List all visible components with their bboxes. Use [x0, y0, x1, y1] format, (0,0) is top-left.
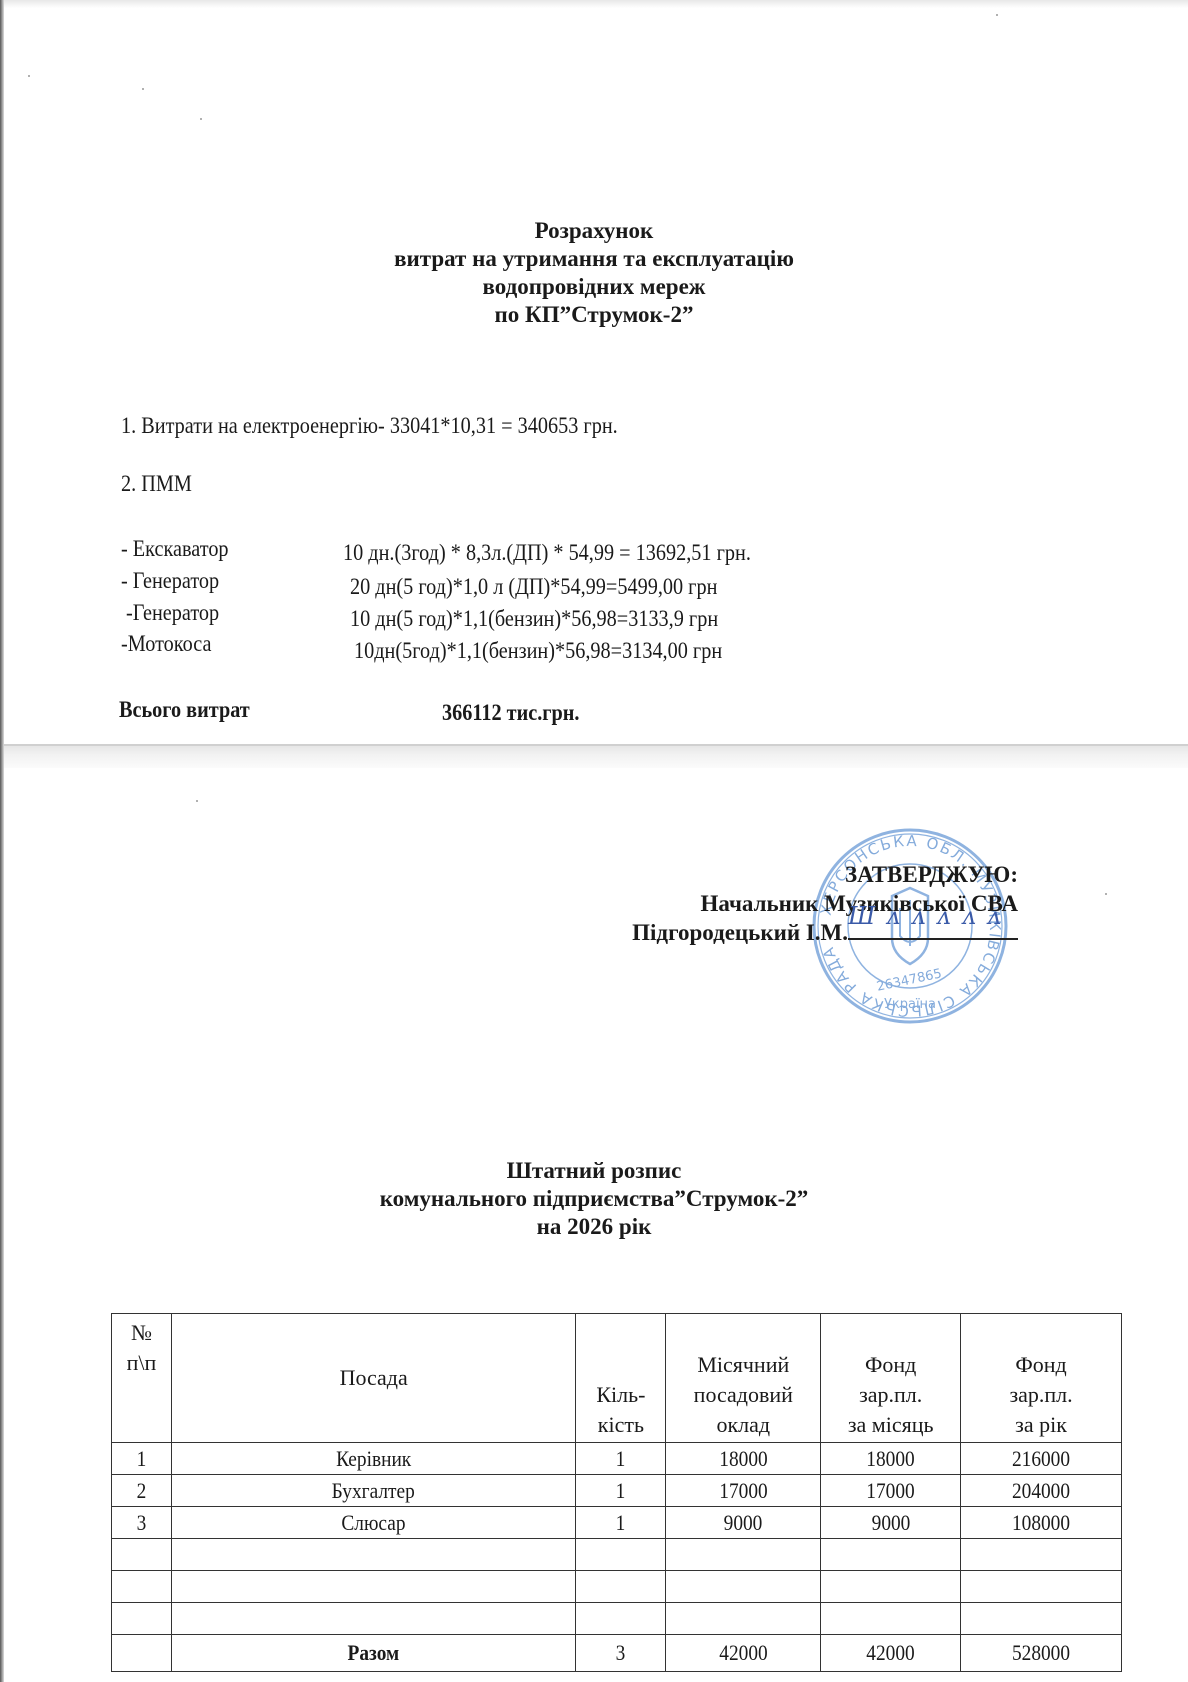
fuel-item-formula: 10 дн(5 год)*1,1(бензин)*56,98=3133,9 гр… — [350, 606, 718, 632]
calculation-title: Розрахунок витрат на утримання та експлу… — [0, 217, 1188, 329]
scan-speck — [142, 88, 144, 90]
cell-text: 1 — [616, 1476, 626, 1506]
cell-text: 528000 — [1012, 1638, 1070, 1668]
cell-position: Керівник — [171, 1443, 575, 1475]
fuel-item-formula: 10 дн.(3год) * 8,3л.(ДП) * 54,99 = 13692… — [343, 540, 751, 566]
scan-top-shade — [4, 0, 1188, 8]
cell-number — [112, 1539, 172, 1571]
scan-speck — [1105, 893, 1107, 895]
cell-text: 1 — [616, 1508, 626, 1538]
staffing-title-line: Штатний розпис — [0, 1157, 1188, 1185]
cell-position — [171, 1603, 575, 1635]
cell-number — [112, 1603, 172, 1635]
fuel-item-name: - Генератор — [121, 568, 219, 594]
header-line: кість — [576, 1410, 665, 1440]
table-row: 1 Керівник 1 18000 18000 216000 — [112, 1443, 1122, 1475]
cell-text: 204000 — [1012, 1476, 1070, 1506]
signature: Ш ᴧ ᴧ ᴧ ᴧ ᴧ — [848, 902, 1003, 931]
approval-heading: ЗАТВЕРДЖУЮ: — [632, 860, 1018, 889]
header-line: оклад — [666, 1410, 820, 1440]
cell-count — [576, 1539, 666, 1571]
calculation-title-line: Розрахунок — [0, 217, 1188, 245]
total-label: Разом — [171, 1635, 575, 1672]
total-costs-value: 366112 тис.грн. — [442, 700, 579, 726]
cell-number — [112, 1571, 172, 1603]
fuel-item-formula: 10дн(5год)*1,1(бензин)*56,98=3134,00 грн — [354, 638, 722, 664]
cell-text: Разом — [348, 1638, 400, 1668]
cell-text: Керівник — [336, 1444, 411, 1474]
total-annual-fund: 528000 — [961, 1635, 1122, 1672]
cell-annual-fund — [961, 1603, 1122, 1635]
approval-name: Підгородецький І.М. — [632, 920, 848, 945]
cell-text: 2 — [137, 1476, 147, 1506]
stamp-country: Україна — [884, 997, 936, 1012]
column-header-monthly-salary: Місячний посадовий оклад — [666, 1314, 821, 1443]
table-total-row: Разом 3 42000 42000 528000 — [112, 1635, 1122, 1672]
cell-text: 18000 — [719, 1444, 767, 1474]
cell-position — [171, 1571, 575, 1603]
staffing-title-line: комунального підприємства”Струмок-2” — [0, 1185, 1188, 1213]
cell-annual-fund — [961, 1571, 1122, 1603]
cell-annual-fund: 204000 — [961, 1475, 1122, 1507]
cell-monthly-fund: 9000 — [821, 1507, 961, 1539]
cell-monthly-fund — [821, 1603, 961, 1635]
stamp-code: 26347865 — [875, 966, 943, 994]
header-line: Фонд — [821, 1350, 960, 1380]
page-fold-shadow — [4, 746, 1188, 768]
table-header-row: № п\п Посада Кіль- кість Місячний посадо… — [112, 1314, 1122, 1443]
column-header-number: № п\п — [112, 1314, 172, 1443]
cell-number: 3 — [112, 1507, 172, 1539]
cell-salary: 9000 — [666, 1507, 821, 1539]
staffing-title: Штатний розпис комунального підприємства… — [0, 1157, 1188, 1241]
scan-speck — [200, 118, 202, 120]
table-row-empty — [112, 1571, 1122, 1603]
header-line: зар.пл. — [961, 1380, 1121, 1410]
header-line: № — [112, 1318, 171, 1348]
column-header-count: Кіль- кість — [576, 1314, 666, 1443]
table-row-empty — [112, 1539, 1122, 1571]
header-line: Кіль- — [576, 1380, 665, 1410]
cell-text: 17000 — [719, 1476, 767, 1506]
cell-number: 1 — [112, 1443, 172, 1475]
cell-annual-fund — [961, 1539, 1122, 1571]
header-line: посадовий — [666, 1380, 820, 1410]
cell-position: Бухгалтер — [171, 1475, 575, 1507]
cell-text: 18000 — [866, 1444, 914, 1474]
scan-speck — [996, 14, 998, 16]
cell-salary: 18000 — [666, 1443, 821, 1475]
header-line: Місячний — [666, 1350, 820, 1380]
cell-text: 42000 — [719, 1638, 767, 1668]
total-costs-label: Всього витрат — [119, 697, 250, 723]
total-monthly-fund: 42000 — [821, 1635, 961, 1672]
scan-speck — [28, 75, 30, 77]
header-line: за рік — [961, 1410, 1121, 1440]
fuel-item-name: -Генератор — [121, 600, 219, 626]
column-header-position: Посада — [171, 1314, 575, 1443]
cell-salary — [666, 1603, 821, 1635]
signature-tail: ᴧ ᴧ ᴧ ᴧ ᴧ — [887, 902, 1003, 930]
cell-position — [171, 1539, 575, 1571]
header-line: зар.пл. — [821, 1380, 960, 1410]
total-count: 3 — [576, 1635, 666, 1672]
cell-text: Слюсар — [342, 1508, 406, 1538]
table-row: 3 Слюсар 1 9000 9000 108000 — [112, 1507, 1122, 1539]
cell-monthly-fund — [821, 1539, 961, 1571]
calculation-title-line: по КП”Струмок-2” — [0, 301, 1188, 329]
cell-text: 9000 — [871, 1508, 910, 1538]
cell-salary — [666, 1571, 821, 1603]
cell-monthly-fund — [821, 1571, 961, 1603]
fuel-item-name: - Екскаватор — [121, 536, 229, 562]
scan-speck — [196, 800, 198, 802]
header-line: за місяць — [821, 1410, 960, 1440]
cell-text: 42000 — [866, 1638, 914, 1668]
header-line: Посада — [172, 1363, 575, 1393]
electricity-cost-line: 1. Витрати на електроенергію- 33041*10,3… — [121, 413, 618, 439]
cell-text: 108000 — [1012, 1508, 1070, 1538]
calculation-title-line: витрат на утримання та експлуатацію — [0, 245, 1188, 273]
cell-text: Бухгалтер — [332, 1476, 415, 1506]
cell-text: 1 — [137, 1444, 147, 1474]
signature-line: Ш ᴧ ᴧ ᴧ ᴧ ᴧ — [848, 920, 1018, 940]
fuel-item-name: -Мотокоса — [121, 631, 211, 657]
fuel-item-formula: 20 дн(5 год)*1,0 л (ДП)*54,99=5499,00 гр… — [350, 574, 717, 600]
header-line: п\п — [112, 1348, 171, 1378]
cell-monthly-fund: 18000 — [821, 1443, 961, 1475]
cell-text: 3 — [137, 1508, 147, 1538]
cell-annual-fund: 216000 — [961, 1443, 1122, 1475]
cell-count: 1 — [576, 1475, 666, 1507]
cell-text: 9000 — [724, 1508, 763, 1538]
approval-block: ЗАТВЕРДЖУЮ: Начальник Музиківської СВА П… — [632, 860, 1018, 947]
cell-monthly-fund: 17000 — [821, 1475, 961, 1507]
staffing-title-line: на 2026 рік — [0, 1213, 1188, 1241]
column-header-annual-fund: Фонд зар.пл. за рік — [961, 1314, 1122, 1443]
table-row: 2 Бухгалтер 1 17000 17000 204000 — [112, 1475, 1122, 1507]
cell-number: 2 — [112, 1475, 172, 1507]
signature-initial: Ш — [848, 902, 877, 930]
staffing-table: № п\п Посада Кіль- кість Місячний посадо… — [111, 1313, 1122, 1672]
column-header-monthly-fund: Фонд зар.пл. за місяць — [821, 1314, 961, 1443]
table-row-empty — [112, 1603, 1122, 1635]
cell-salary: 17000 — [666, 1475, 821, 1507]
cell-text: 1 — [616, 1444, 626, 1474]
calculation-title-line: водопровідних мереж — [0, 273, 1188, 301]
cell-count — [576, 1603, 666, 1635]
header-line: Фонд — [961, 1350, 1121, 1380]
cell-position: Слюсар — [171, 1507, 575, 1539]
cell-text: 17000 — [866, 1476, 914, 1506]
cell-number — [112, 1635, 172, 1672]
fuel-heading: 2. ПММ — [121, 471, 192, 497]
approval-name-row: Підгородецький І.М.Ш ᴧ ᴧ ᴧ ᴧ ᴧ — [632, 918, 1018, 947]
cell-text: 3 — [616, 1638, 626, 1668]
cell-count: 1 — [576, 1507, 666, 1539]
total-salary: 42000 — [666, 1635, 821, 1672]
cell-annual-fund: 108000 — [961, 1507, 1122, 1539]
cell-text: 216000 — [1012, 1444, 1070, 1474]
cell-salary — [666, 1539, 821, 1571]
cell-count — [576, 1571, 666, 1603]
cell-count: 1 — [576, 1443, 666, 1475]
